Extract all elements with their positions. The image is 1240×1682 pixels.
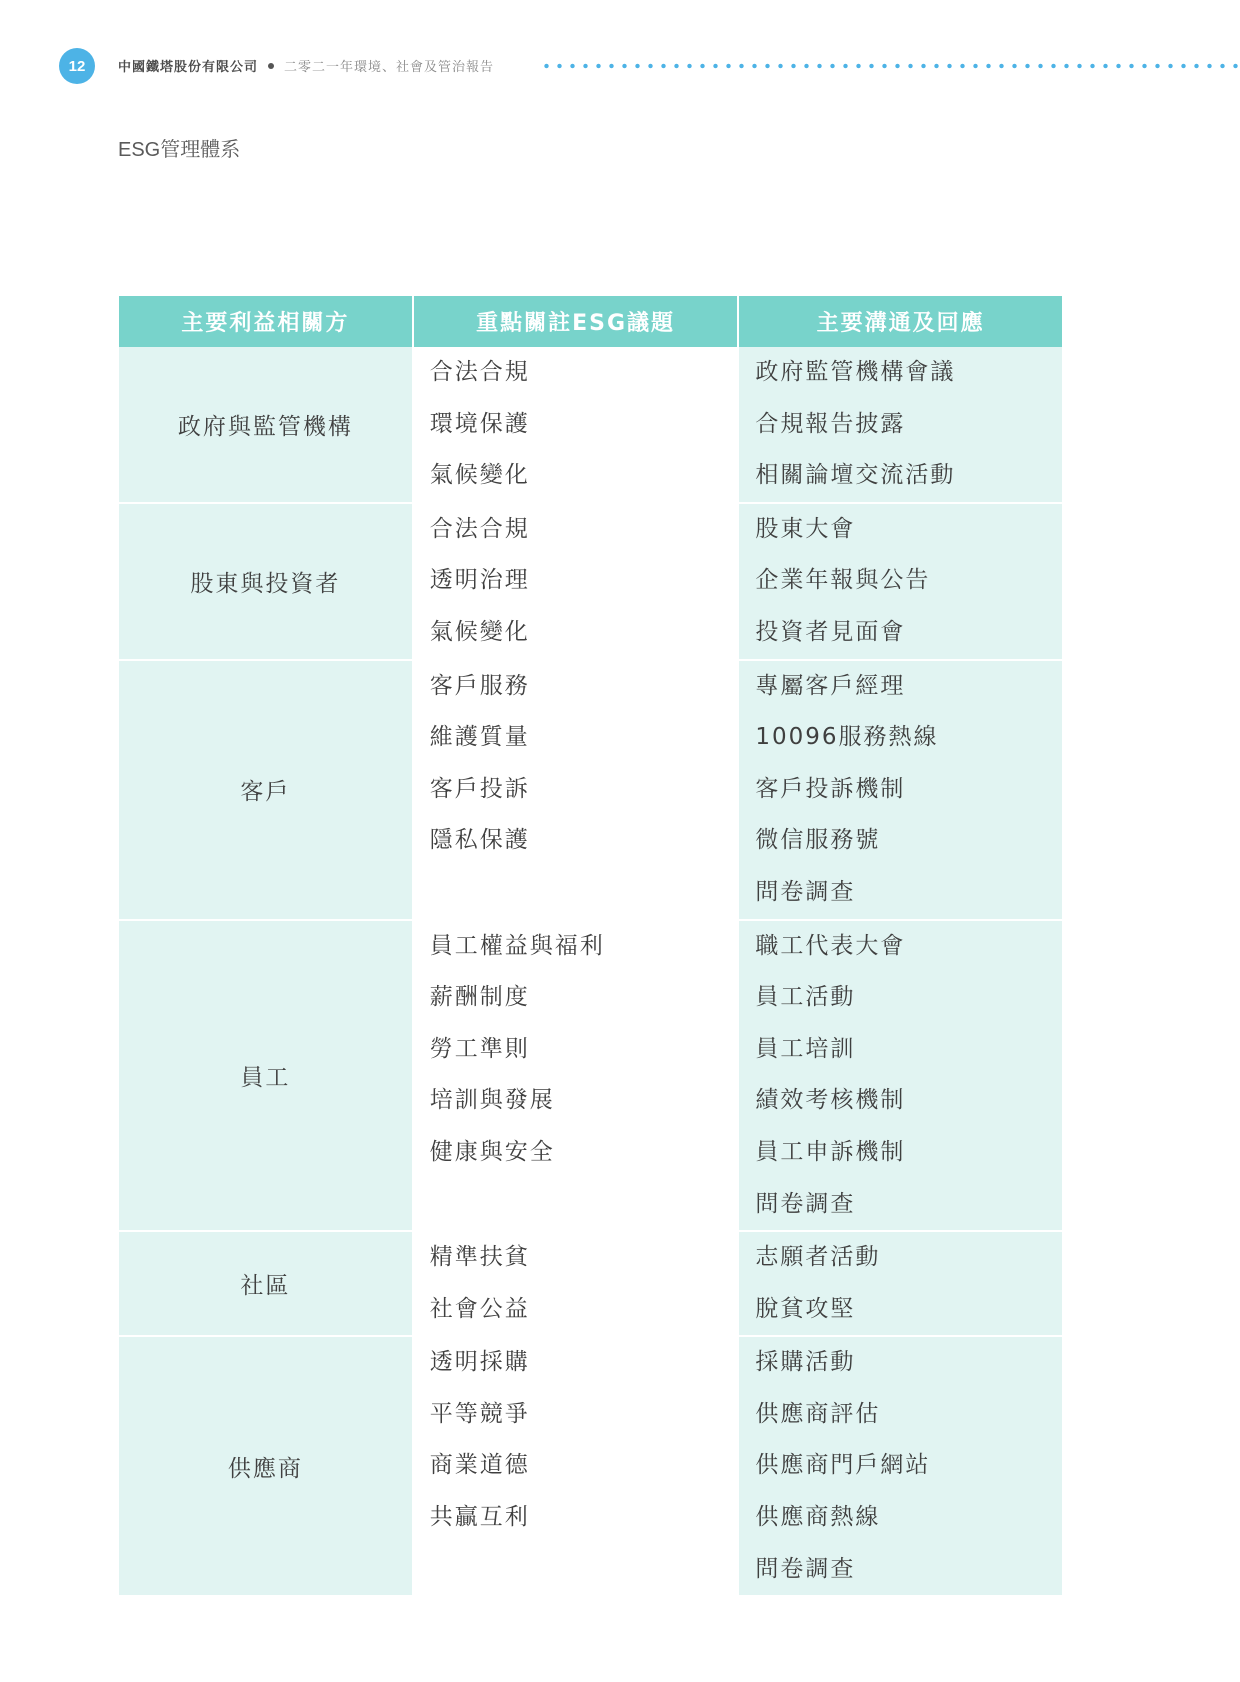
- responses-column: 政府監管機構會議合規報告披露相關論壇交流活動: [737, 347, 1062, 502]
- topic-cell: 培訓與發展: [414, 1075, 738, 1127]
- stakeholder-group: 客戶客戶服務維護質量客戶投訴隱私保護專屬客戶經理10096服務熱線客戶投訴機制微…: [119, 659, 1062, 919]
- topic-cell: 透明採購: [414, 1337, 738, 1389]
- stakeholder-group: 供應商透明採購平等競爭商業道德共贏互利採購活動供應商評估供應商門戶網站供應商熱線…: [119, 1335, 1062, 1595]
- topics-column: 合法合規透明治理氣候變化: [412, 504, 738, 659]
- topic-cell: 隱私保護: [414, 815, 738, 867]
- topic-cell: 平等競爭: [414, 1389, 738, 1441]
- topic-cell: 商業道德: [414, 1440, 738, 1492]
- column-header-responses: 主要溝通及回應: [737, 296, 1062, 347]
- response-cell: 合規報告披露: [739, 399, 1062, 451]
- bullet-separator-icon: [268, 63, 274, 69]
- response-cell: 相關論壇交流活動: [739, 450, 1062, 502]
- topic-cell: [414, 867, 738, 919]
- stakeholder-cell: 政府與監管機構: [119, 347, 412, 502]
- stakeholder-cell: 員工: [119, 921, 412, 1231]
- response-cell: 供應商門戶網站: [739, 1440, 1062, 1492]
- response-cell: 志願者活動: [739, 1232, 1062, 1284]
- table-header: 主要利益相關方 重點關註ESG議題 主要溝通及回應: [119, 296, 1062, 347]
- topic-cell: 共贏互利: [414, 1492, 738, 1544]
- responses-column: 專屬客戶經理10096服務熱線客戶投訴機制微信服務號問卷調查: [737, 661, 1062, 919]
- topic-cell: 精準扶貧: [414, 1232, 738, 1284]
- topics-column: 精準扶貧社會公益: [412, 1232, 738, 1335]
- response-cell: 投資者見面會: [739, 607, 1062, 659]
- stakeholder-cell: 股東與投資者: [119, 504, 412, 659]
- stakeholder-group: 股東與投資者合法合規透明治理氣候變化股東大會企業年報與公告投資者見面會: [119, 502, 1062, 659]
- response-cell: 員工申訴機制: [739, 1127, 1062, 1179]
- topic-cell: 環境保護: [414, 399, 738, 451]
- topic-cell: 勞工準則: [414, 1024, 738, 1076]
- response-cell: 專屬客戶經理: [739, 661, 1062, 713]
- table-body: 政府與監管機構合法合規環境保護氣候變化政府監管機構會議合規報告披露相關論壇交流活…: [119, 347, 1062, 1595]
- response-cell: 問卷調查: [739, 1544, 1062, 1596]
- topics-column: 客戶服務維護質量客戶投訴隱私保護: [412, 661, 738, 919]
- response-cell: 政府監管機構會議: [739, 347, 1062, 399]
- response-cell: 股東大會: [739, 504, 1062, 556]
- running-header: 中國鐵塔股份有限公司 二零二一年環境、社會及管治報告: [118, 56, 494, 75]
- stakeholder-cell: 客戶: [119, 661, 412, 919]
- stakeholder-group: 社區精準扶貧社會公益志願者活動脫貧攻堅: [119, 1230, 1062, 1335]
- company-name: 中國鐵塔股份有限公司: [118, 56, 258, 75]
- response-cell: 問卷調查: [739, 1179, 1062, 1231]
- topic-cell: 合法合規: [414, 504, 738, 556]
- response-cell: 微信服務號: [739, 815, 1062, 867]
- responses-column: 職工代表大會員工活動員工培訓績效考核機制員工申訴機制問卷調查: [737, 921, 1062, 1231]
- topic-cell: [414, 1544, 738, 1596]
- topic-cell: 氣候變化: [414, 607, 738, 659]
- response-cell: 員工培訓: [739, 1024, 1062, 1076]
- report-title: 二零二一年環境、社會及管治報告: [284, 56, 494, 75]
- topics-column: 透明採購平等競爭商業道德共贏互利: [412, 1337, 738, 1595]
- dot-leader-divider: [540, 63, 1240, 69]
- response-cell: 企業年報與公告: [739, 555, 1062, 607]
- topic-cell: 客戶投訴: [414, 764, 738, 816]
- response-cell: 績效考核機制: [739, 1075, 1062, 1127]
- column-header-topics: 重點關註ESG議題: [412, 296, 738, 347]
- topic-cell: 健康與安全: [414, 1127, 738, 1179]
- response-cell: 問卷調查: [739, 867, 1062, 919]
- topic-cell: 維護質量: [414, 712, 738, 764]
- stakeholder-table: 主要利益相關方 重點關註ESG議題 主要溝通及回應 政府與監管機構合法合規環境保…: [119, 296, 1062, 1595]
- topic-cell: 薪酬制度: [414, 972, 738, 1024]
- stakeholder-group: 員工員工權益與福利薪酬制度勞工準則培訓與發展健康與安全職工代表大會員工活動員工培…: [119, 919, 1062, 1231]
- response-cell: 供應商熱線: [739, 1492, 1062, 1544]
- topic-cell: 透明治理: [414, 555, 738, 607]
- column-header-stakeholder: 主要利益相關方: [119, 296, 412, 347]
- response-cell: 10096服務熱線: [739, 712, 1062, 764]
- response-cell: 採購活動: [739, 1337, 1062, 1389]
- topic-cell: 客戶服務: [414, 661, 738, 713]
- topic-cell: 社會公益: [414, 1284, 738, 1336]
- responses-column: 採購活動供應商評估供應商門戶網站供應商熱線問卷調查: [737, 1337, 1062, 1595]
- response-cell: 脫貧攻堅: [739, 1284, 1062, 1336]
- topic-cell: [414, 1179, 738, 1231]
- response-cell: 員工活動: [739, 972, 1062, 1024]
- topics-column: 員工權益與福利薪酬制度勞工準則培訓與發展健康與安全: [412, 921, 738, 1231]
- stakeholder-cell: 供應商: [119, 1337, 412, 1595]
- responses-column: 志願者活動脫貧攻堅: [737, 1232, 1062, 1335]
- stakeholder-cell: 社區: [119, 1232, 412, 1335]
- page-number-badge: 12: [59, 48, 95, 84]
- responses-column: 股東大會企業年報與公告投資者見面會: [737, 504, 1062, 659]
- response-cell: 供應商評估: [739, 1389, 1062, 1441]
- section-title: ESG管理體系: [118, 133, 240, 162]
- response-cell: 職工代表大會: [739, 921, 1062, 973]
- topic-cell: 氣候變化: [414, 450, 738, 502]
- topics-column: 合法合規環境保護氣候變化: [412, 347, 738, 502]
- stakeholder-group: 政府與監管機構合法合規環境保護氣候變化政府監管機構會議合規報告披露相關論壇交流活…: [119, 347, 1062, 502]
- topic-cell: 員工權益與福利: [414, 921, 738, 973]
- response-cell: 客戶投訴機制: [739, 764, 1062, 816]
- topic-cell: 合法合規: [414, 347, 738, 399]
